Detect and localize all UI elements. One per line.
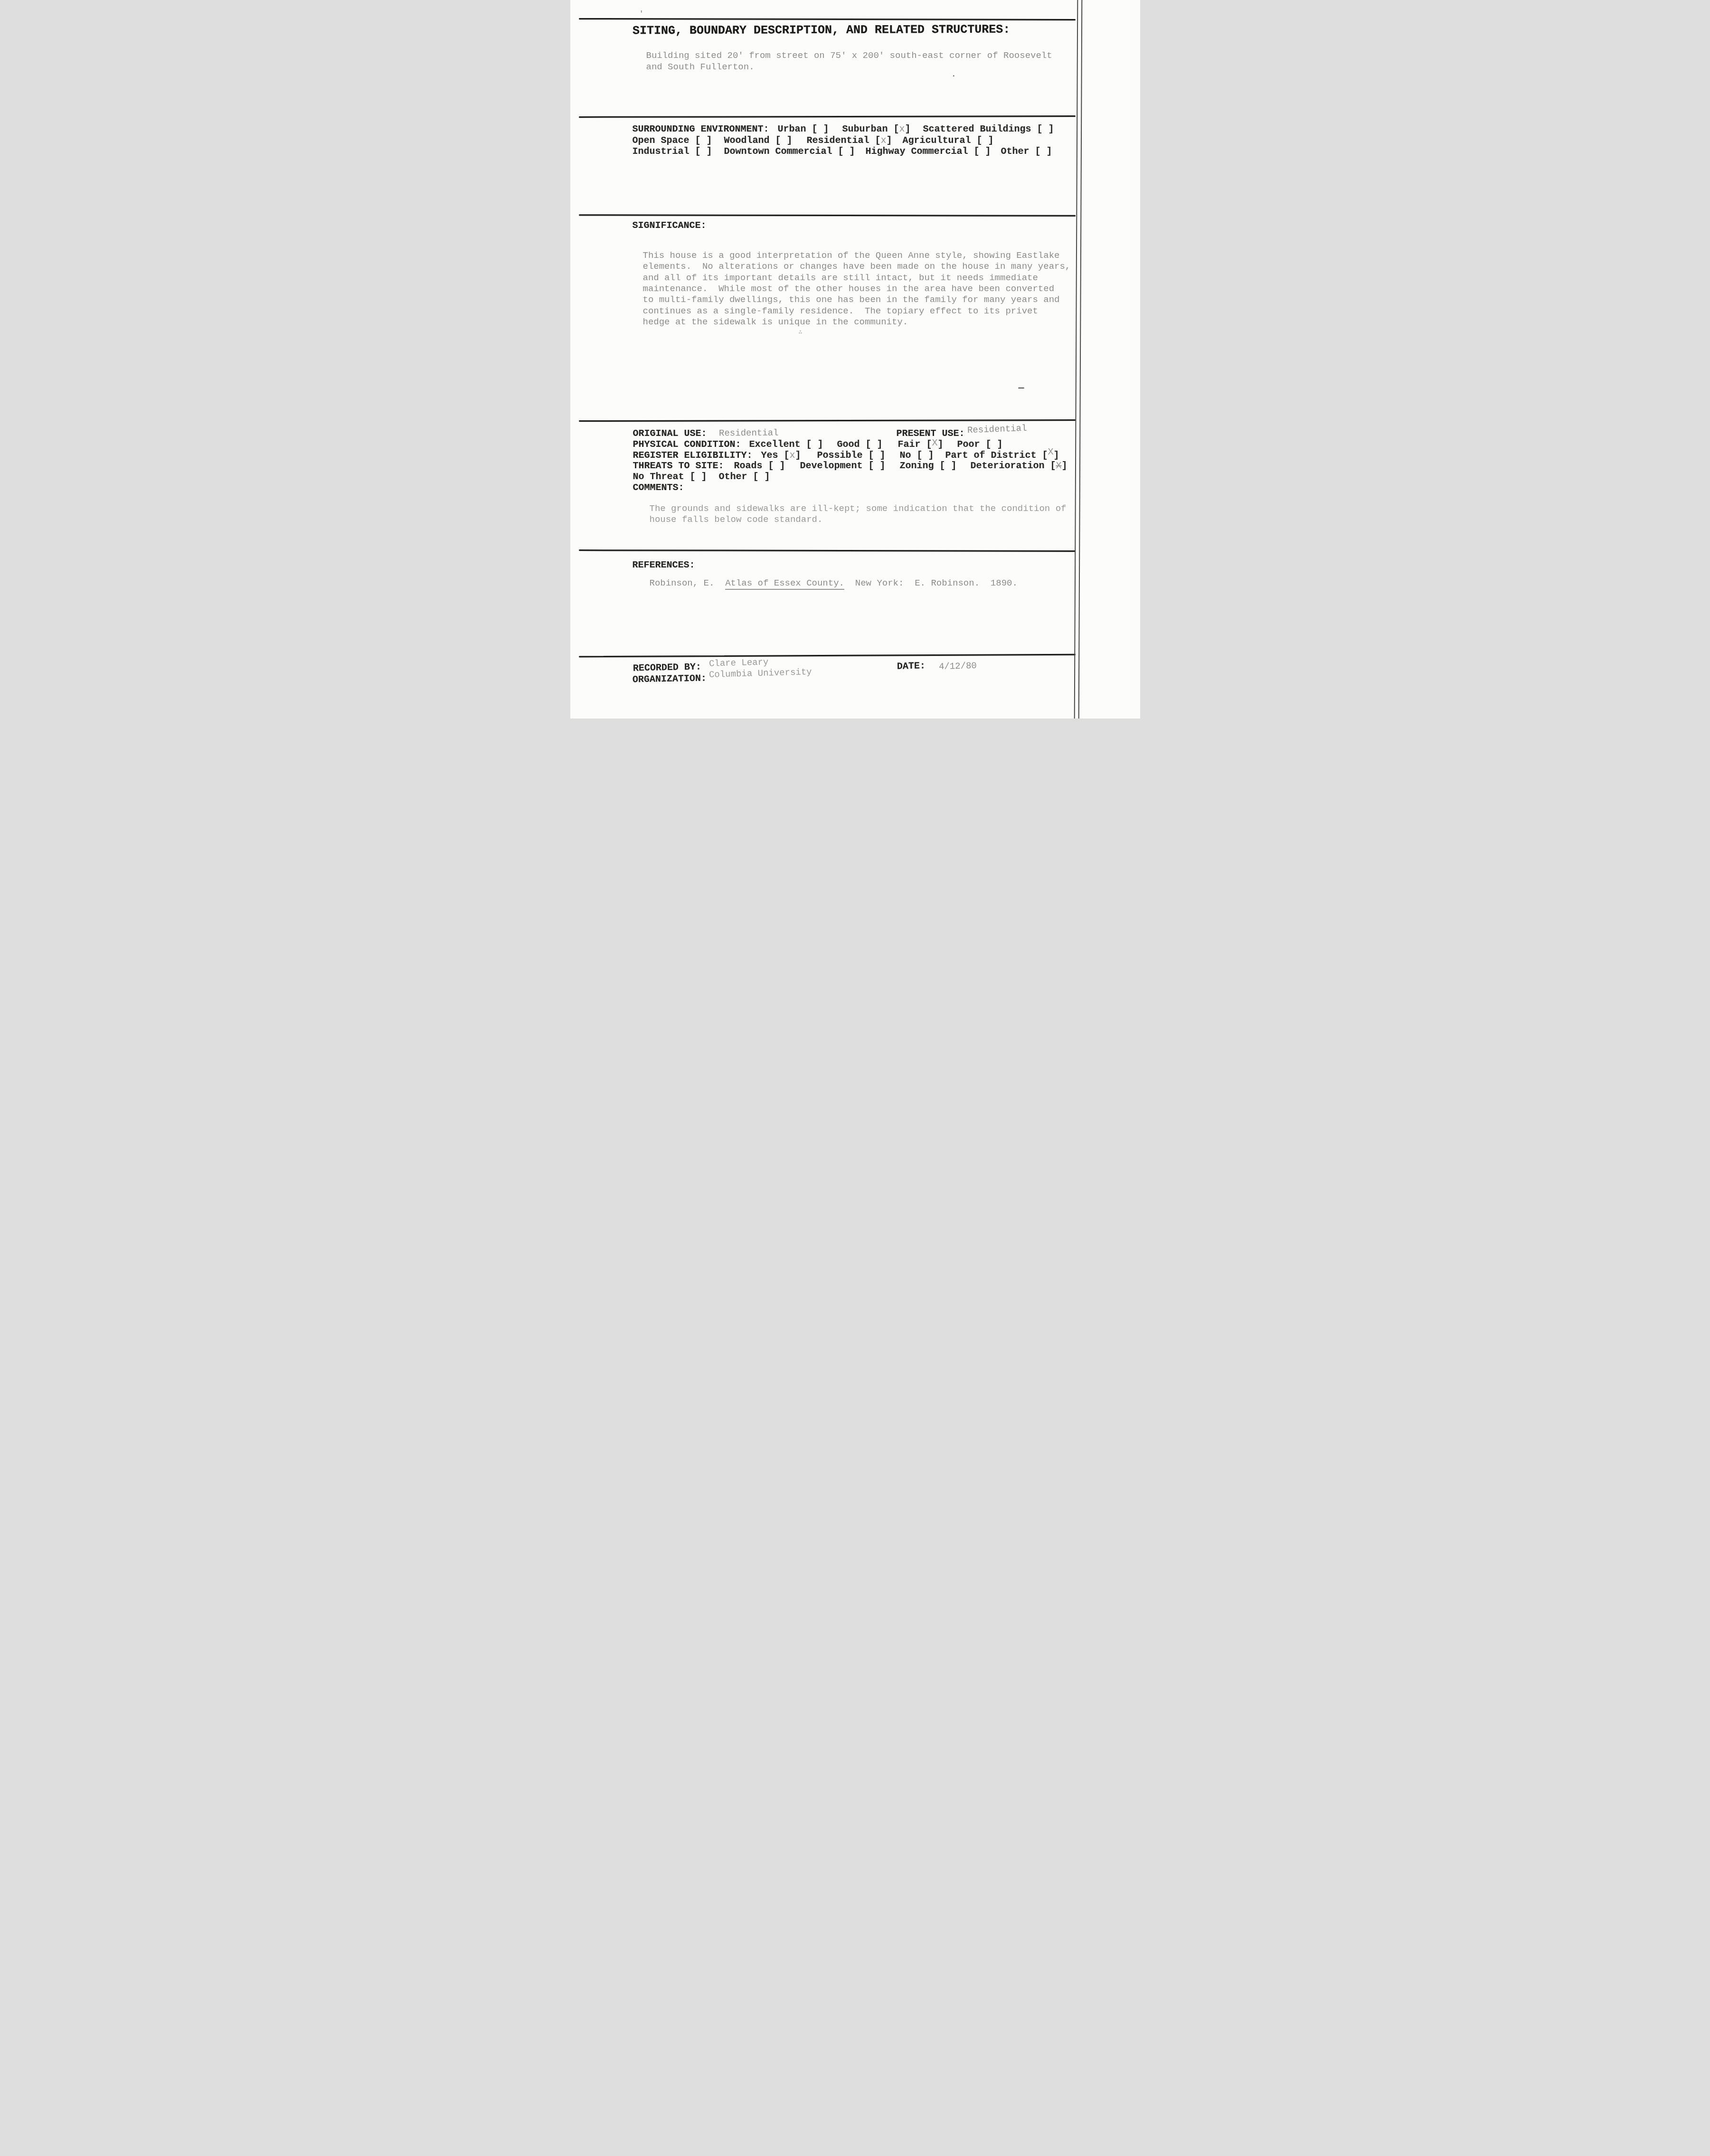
checkbox-possible-label: Possible: [817, 450, 869, 461]
checkbox-downtown-commercial-mark: [844, 146, 850, 157]
checkbox-downtown-commercial-label: Downtown Commercial: [724, 146, 838, 157]
checkbox-close-bracket: ]: [905, 124, 911, 135]
checkbox-fair[interactable]: Fair [X]: [898, 439, 944, 450]
checkbox-possible[interactable]: Possible [ ]: [817, 450, 886, 461]
checkbox-close-bracket: ]: [988, 135, 994, 146]
checkbox-open-bracket: [: [695, 146, 701, 157]
checkbox-open-bracket: [: [917, 450, 923, 461]
checkbox-scattered-buildings-mark: [1043, 124, 1049, 135]
checkbox-open-space-label: Open Space: [633, 135, 695, 146]
checkbox-open-bracket: [: [974, 146, 980, 157]
checkbox-open-bracket: [: [869, 461, 874, 472]
checkbox-close-bracket: ]: [938, 439, 944, 450]
checkbox-part-of-district-mark: X: [1048, 447, 1054, 458]
checkbox-open-bracket: [: [1037, 124, 1043, 135]
checkbox-yes-mark: x: [790, 450, 795, 461]
checkbox-residential[interactable]: Residential [x]: [807, 135, 892, 146]
checkbox-open-bracket: [: [1050, 461, 1056, 472]
checkbox-open-bracket: [: [894, 124, 899, 135]
survey-form-page: SITING, BOUNDARY DESCRIPTION, AND RELATE…: [570, 0, 1140, 719]
checkbox-poor-mark: [992, 439, 997, 450]
checkbox-scattered-buildings-label: Scattered Buildings: [923, 124, 1037, 135]
checkbox-open-bracket: [: [784, 450, 790, 461]
checkbox-open-bracket: [: [690, 472, 696, 482]
significance-line-6: continues as a single-family residence. …: [643, 306, 1038, 317]
original-use-value: Residential: [718, 428, 778, 439]
checkbox-open-space-mark: [701, 135, 707, 146]
checkbox-development[interactable]: Development [ ]: [800, 461, 886, 472]
checkbox-open-bracket: [: [812, 124, 818, 135]
checkbox-no-threat[interactable]: No Threat [ ]: [633, 472, 707, 482]
checkbox-good-label: Good: [837, 439, 866, 450]
date-label: DATE:: [897, 661, 925, 672]
checkbox-urban-label: Urban: [778, 124, 812, 135]
present-use-value: Residential: [967, 423, 1027, 436]
checkbox-suburban-label: Suburban: [842, 124, 894, 135]
checkbox-close-bracket: ]: [1049, 124, 1054, 135]
section-divider-1: [578, 18, 1075, 20]
checkbox-close-bracket: ]: [928, 450, 934, 461]
checkbox-zoning-label: Zoning: [900, 461, 940, 472]
checkbox-close-bracket: ]: [880, 461, 886, 472]
checkbox-excellent-label: Excellent: [749, 439, 806, 450]
checkbox-development-mark: [874, 461, 880, 472]
checkbox-environment-other-mark: [1041, 146, 1047, 157]
comments-line-2: house falls below code standard.: [650, 514, 823, 525]
right-edge-line-2: [1078, 0, 1082, 719]
checkbox-no[interactable]: No [ ]: [900, 450, 934, 461]
original-use-label: ORIGINAL USE:: [633, 428, 707, 439]
checkbox-highway-commercial-mark: [980, 146, 985, 157]
checkbox-threat-other-mark: [759, 472, 765, 482]
recorded-by-label: RECORDED BY:: [633, 662, 701, 674]
significance-line-4: maintenance. While most of the other hou…: [643, 284, 1055, 294]
checkbox-poor[interactable]: Poor [ ]: [957, 439, 1003, 450]
checkbox-open-bracket: [: [1035, 146, 1041, 157]
section-divider-4: [578, 419, 1075, 422]
checkbox-close-bracket: ]: [707, 146, 712, 157]
checkbox-part-of-district[interactable]: Part of District [X]: [945, 450, 1059, 461]
checkbox-close-bracket: ]: [765, 472, 770, 482]
checkbox-open-bracket: [: [926, 439, 932, 450]
checkbox-close-bracket: ]: [985, 146, 991, 157]
checkbox-close-bracket: ]: [823, 124, 829, 135]
checkbox-deterioration-mark: X: [1056, 461, 1062, 472]
section-divider-6: [578, 654, 1075, 658]
checkbox-good[interactable]: Good [ ]: [837, 439, 883, 450]
checkbox-environment-other-label: Other: [1001, 146, 1035, 157]
checkbox-open-bracket: [: [753, 472, 759, 482]
siting-section-heading: SITING, BOUNDARY DESCRIPTION, AND RELATE…: [632, 23, 1010, 38]
significance-heading: SIGNIFICANCE:: [633, 220, 707, 231]
significance-line-3: and all of its important details are sti…: [643, 273, 1038, 284]
citation-suffix: New York: E. Robinson. 1890.: [844, 578, 1018, 588]
checkbox-close-bracket: ]: [1054, 450, 1059, 461]
reference-citation: Robinson, E. Atlas of Essex County. New …: [650, 578, 1018, 589]
checkbox-close-bracket: ]: [877, 439, 883, 450]
checkbox-industrial-mark: [701, 146, 707, 157]
significance-line-1: This house is a good interpretation of t…: [643, 250, 1060, 261]
checkbox-open-bracket: [: [875, 135, 881, 146]
checkbox-part-of-district-label: Part of District: [945, 450, 1042, 461]
checkbox-residential-mark: x: [881, 135, 887, 146]
checkbox-agricultural-mark: [983, 135, 988, 146]
checkbox-fair-mark: X: [932, 438, 938, 449]
checkbox-open-bracket: [: [1042, 450, 1048, 461]
checkbox-close-bracket: ]: [850, 146, 855, 157]
checkbox-no-threat-label: No Threat: [633, 472, 690, 482]
checkbox-roads-mark: [774, 461, 780, 472]
checkbox-good-mark: [871, 439, 877, 450]
checkbox-suburban-mark: x: [899, 124, 905, 135]
checkbox-fair-label: Fair: [898, 439, 926, 450]
checkbox-yes-label: Yes: [761, 450, 784, 461]
checkbox-woodland-label: Woodland: [724, 135, 775, 146]
checkbox-excellent[interactable]: Excellent [ ]: [749, 439, 823, 450]
checkbox-open-bracket: [: [940, 461, 945, 472]
checkbox-open-bracket: [: [695, 135, 701, 146]
checkbox-open-bracket: [: [768, 461, 774, 472]
references-heading: REFERENCES:: [633, 560, 695, 571]
checkbox-open-bracket: [: [775, 135, 781, 146]
checkbox-open-bracket: [: [869, 450, 874, 461]
checkbox-urban[interactable]: Urban [ ]: [778, 124, 829, 135]
section-divider-3: [578, 214, 1075, 216]
checkbox-industrial-label: Industrial: [633, 146, 695, 157]
present-use-label: PRESENT USE:: [897, 428, 965, 439]
checkbox-deterioration-label: Deterioration: [971, 461, 1050, 472]
checkbox-agricultural[interactable]: Agricultural [ ]: [903, 135, 994, 146]
citation-prefix: Robinson, E.: [650, 578, 726, 588]
checkbox-excellent-mark: [812, 439, 818, 450]
checkbox-open-bracket: [: [866, 439, 871, 450]
scan-artifact-smudge: ∴: [799, 329, 803, 336]
checkbox-poor-label: Poor: [957, 439, 986, 450]
checkbox-close-bracket: ]: [780, 461, 785, 472]
checkbox-deterioration[interactable]: Deterioration [X]: [971, 461, 1068, 472]
checkbox-no-label: No: [900, 450, 917, 461]
section-divider-2: [578, 115, 1075, 118]
comments-line-1: The grounds and sidewalks are ill-kept; …: [650, 503, 1067, 514]
checkbox-zoning[interactable]: Zoning [ ]: [900, 461, 957, 472]
checkbox-highway-commercial[interactable]: Highway Commercial [ ]: [866, 146, 991, 157]
right-edge-line-1: [1074, 0, 1078, 719]
checkbox-open-bracket: [: [838, 146, 844, 157]
checkbox-development-label: Development: [800, 461, 869, 472]
checkbox-industrial[interactable]: Industrial [ ]: [633, 146, 712, 157]
checkbox-downtown-commercial[interactable]: Downtown Commercial [ ]: [724, 146, 855, 157]
checkbox-highway-commercial-label: Highway Commercial: [866, 146, 974, 157]
checkbox-woodland[interactable]: Woodland [ ]: [724, 135, 793, 146]
checkbox-open-bracket: [: [806, 439, 812, 450]
checkbox-scattered-buildings[interactable]: Scattered Buildings [ ]: [923, 124, 1054, 135]
siting-text-line-2: and South Fullerton.: [646, 62, 755, 73]
citation-title: Atlas of Essex County.: [725, 578, 844, 590]
checkbox-close-bracket: ]: [707, 135, 712, 146]
physical-condition-label: PHYSICAL CONDITION:: [633, 439, 741, 450]
register-eligibility-label: REGISTER ELIGIBILITY:: [633, 450, 753, 461]
checkbox-close-bracket: ]: [795, 450, 801, 461]
checkbox-environment-other[interactable]: Other [ ]: [1001, 146, 1052, 157]
checkbox-possible-mark: [874, 450, 880, 461]
threats-to-site-label: THREATS TO SITE:: [633, 461, 724, 472]
checkbox-open-bracket: [: [977, 135, 983, 146]
checkbox-roads-label: Roads: [734, 461, 768, 472]
checkbox-close-bracket: ]: [887, 135, 892, 146]
significance-line-2: elements. No alterations or changes have…: [643, 261, 1071, 272]
checkbox-urban-mark: [818, 124, 823, 135]
significance-line-7: hedge at the sidewalk is unique in the c…: [643, 317, 908, 328]
checkbox-close-bracket: ]: [951, 461, 957, 472]
checkbox-woodland-mark: [781, 135, 787, 146]
comments-label: COMMENTS:: [633, 482, 684, 493]
checkbox-no-mark: [923, 450, 928, 461]
checkbox-close-bracket: ]: [818, 439, 823, 450]
organization-label: ORGANIZATION:: [632, 673, 706, 686]
checkbox-close-bracket: ]: [997, 439, 1003, 450]
checkbox-threat-other-label: Other: [719, 472, 753, 482]
checkbox-residential-label: Residential: [807, 135, 875, 146]
checkbox-open-bracket: [: [986, 439, 992, 450]
checkbox-yes[interactable]: Yes [x]: [761, 450, 801, 461]
checkbox-open-space[interactable]: Open Space [ ]: [633, 135, 712, 146]
surrounding-environment-label: SURROUNDING ENVIRONMENT:: [633, 124, 769, 135]
checkbox-agricultural-label: Agricultural: [903, 135, 977, 146]
checkbox-roads[interactable]: Roads [ ]: [734, 461, 785, 472]
checkbox-zoning-mark: [945, 461, 951, 472]
section-divider-5: [578, 549, 1075, 552]
recorded-by-value: Clare Leary: [709, 657, 768, 669]
date-value: 4/12/80: [938, 661, 976, 672]
checkbox-close-bracket: ]: [701, 472, 707, 482]
significance-line-5: to multi-family dwellings, this one has …: [643, 294, 1060, 305]
checkbox-close-bracket: ]: [880, 450, 886, 461]
scan-artifact-dot: .: [952, 70, 956, 79]
siting-text-line-1: Building sited 20' from street on 75' x …: [646, 50, 1052, 61]
checkbox-close-bracket: ]: [1047, 146, 1052, 157]
checkbox-suburban[interactable]: Suburban [x]: [842, 124, 911, 135]
organization-value: Columbia University: [709, 667, 812, 681]
scan-artifact-tick: ': [640, 10, 643, 18]
checkbox-threat-other[interactable]: Other [ ]: [719, 472, 770, 482]
checkbox-close-bracket: ]: [1062, 461, 1068, 472]
scan-artifact-dash: —: [1019, 383, 1024, 394]
checkbox-close-bracket: ]: [787, 135, 793, 146]
checkbox-no-threat-mark: [696, 472, 701, 482]
